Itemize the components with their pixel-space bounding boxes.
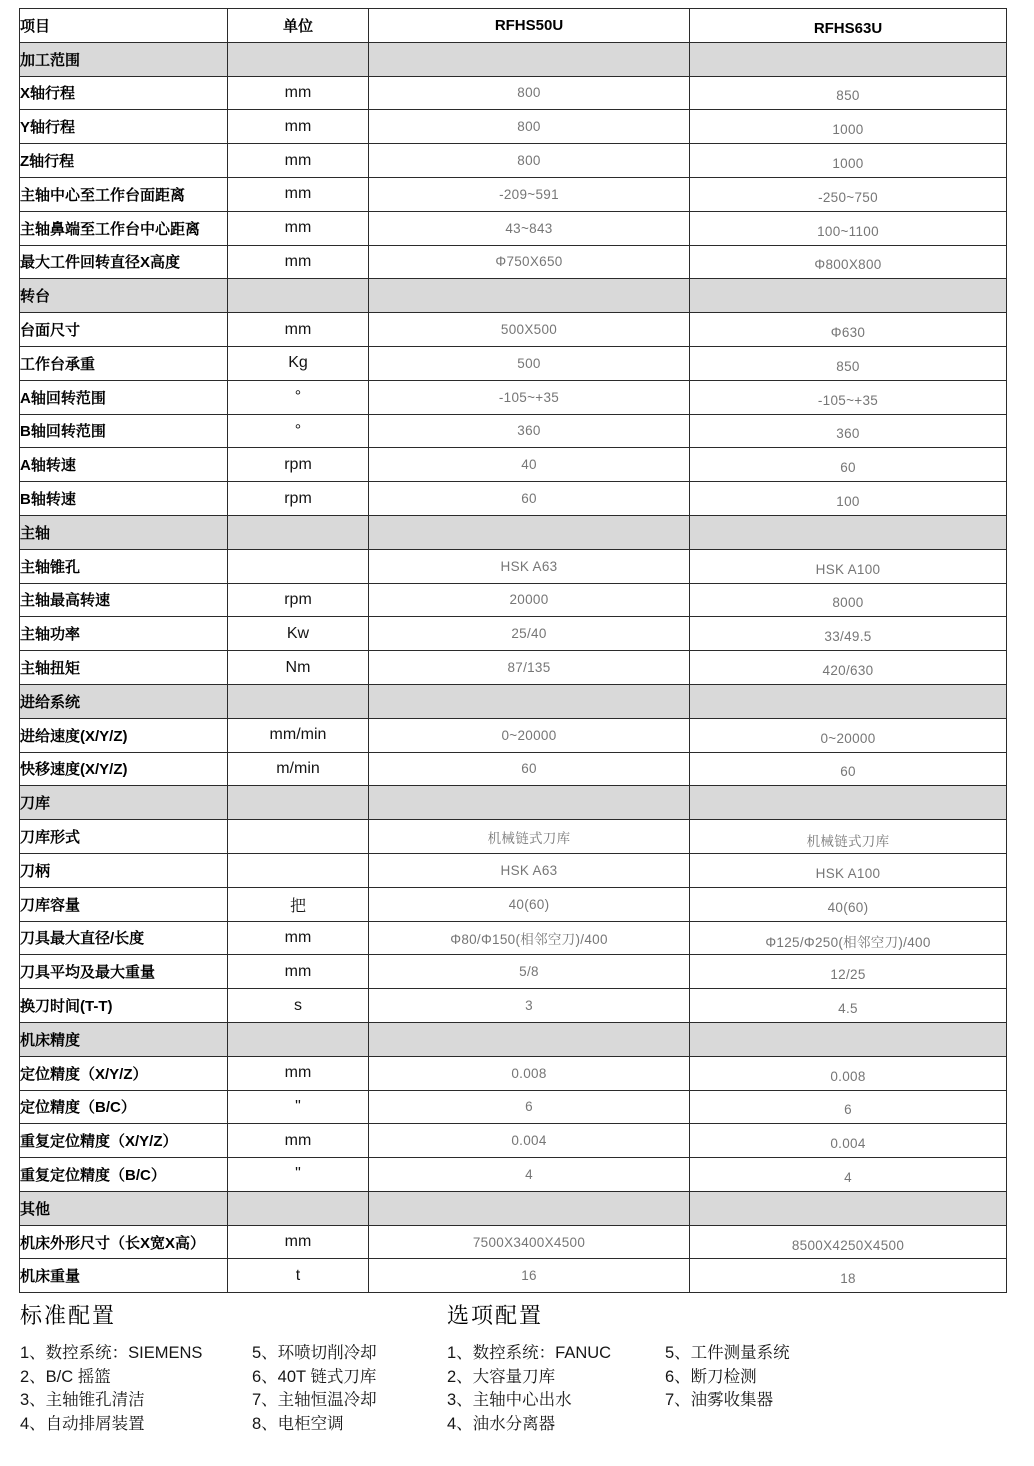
- rfhs63u-value: HSK A100: [816, 562, 881, 577]
- spec-item-cell: 主轴最高转速: [20, 583, 228, 617]
- rfhs50u-value-cell: 360: [369, 414, 690, 448]
- section-empty-rfhs63u-cell: [690, 42, 1007, 76]
- section-row: 加工范围: [20, 42, 1007, 76]
- spec-row: 定位精度（B/C）"66: [20, 1090, 1007, 1124]
- standard-config-section: 标准配置 1、数控系统：SIEMENS2、B/C 摇篮3、主轴锥孔清洁4、自动排…: [20, 1302, 377, 1436]
- standard-config-list-right: 5、环喷切削冷却6、40T 链式刀库7、主轴恒温冷却8、电柜空调: [252, 1342, 377, 1436]
- section-empty-rfhs50u-cell: [369, 1191, 690, 1225]
- rfhs63u-value-cell: 850: [690, 346, 1007, 380]
- rfhs63u-value-cell: 0.008: [690, 1056, 1007, 1090]
- config-item: 3、主轴锥孔清洁: [20, 1389, 252, 1413]
- rfhs50u-value-cell: 4: [369, 1158, 690, 1192]
- rfhs50u-value-cell: 25/40: [369, 617, 690, 651]
- rfhs63u-value: 33/49.5: [824, 629, 871, 644]
- rfhs63u-value: -105~+35: [818, 393, 878, 408]
- section-row: 进给系统: [20, 684, 1007, 718]
- rfhs63u-value: 1000: [832, 156, 863, 171]
- rfhs50u-value-cell: 机械链式刀库: [369, 820, 690, 854]
- rfhs63u-value: 0.008: [830, 1069, 865, 1084]
- spec-row: 主轴最高转速rpm200008000: [20, 583, 1007, 617]
- column-header-rfhs63u: RFHS63U: [690, 9, 1007, 43]
- config-item: 4、自动排屑装置: [20, 1413, 252, 1437]
- unit-cell: mm: [228, 313, 369, 347]
- optional-config-list-left: 1、数控系统：FANUC2、大容量刀库3、主轴中心出水4、油水分离器: [447, 1342, 665, 1436]
- rfhs63u-value-cell: 6: [690, 1090, 1007, 1124]
- rfhs50u-value-cell: 16: [369, 1259, 690, 1293]
- section-label-cell: 机床精度: [20, 1022, 228, 1056]
- rfhs63u-value-cell: 40(60): [690, 887, 1007, 921]
- spec-item-cell: 主轴鼻端至工作台中心距离: [20, 211, 228, 245]
- rfhs50u-value-cell: 5/8: [369, 955, 690, 989]
- spec-row: 主轴中心至工作台面距离mm-209~591-250~750: [20, 177, 1007, 211]
- unit-cell: °: [228, 380, 369, 414]
- config-item: 7、主轴恒温冷却: [252, 1389, 377, 1413]
- section-empty-rfhs63u-cell: [690, 684, 1007, 718]
- rfhs63u-value-cell: 18: [690, 1259, 1007, 1293]
- spec-item-cell: B轴转速: [20, 482, 228, 516]
- section-label-cell: 其他: [20, 1191, 228, 1225]
- rfhs63u-value: HSK A100: [816, 866, 881, 881]
- spec-row: Z轴行程mm8001000: [20, 144, 1007, 178]
- unit-cell: mm: [228, 144, 369, 178]
- spec-row: B轴回转范围°360360: [20, 414, 1007, 448]
- spec-row: 刀具平均及最大重量mm5/812/25: [20, 955, 1007, 989]
- unit-cell: [228, 853, 369, 887]
- section-empty-rfhs50u-cell: [369, 786, 690, 820]
- spec-item-cell: B轴回转范围: [20, 414, 228, 448]
- rfhs63u-value-cell: HSK A100: [690, 549, 1007, 583]
- spec-item-cell: 重复定位精度（X/Y/Z）: [20, 1124, 228, 1158]
- rfhs63u-value: 机械链式刀库: [807, 830, 890, 850]
- rfhs63u-value-cell: 1000: [690, 110, 1007, 144]
- unit-cell: mm: [228, 76, 369, 110]
- rfhs63u-value: Φ125/Φ250(相邻空刀)/400: [765, 931, 930, 951]
- spec-item-cell: 重复定位精度（B/C）: [20, 1158, 228, 1192]
- spec-item-cell: 刀具最大直径/长度: [20, 921, 228, 955]
- spec-table-header-row: 项目 单位 RFHS50U RFHS63U: [20, 9, 1007, 43]
- rfhs50u-value-cell: 800: [369, 144, 690, 178]
- rfhs63u-value: 360: [836, 426, 859, 441]
- rfhs50u-value-cell: 500: [369, 346, 690, 380]
- unit-cell: Kw: [228, 617, 369, 651]
- standard-config-title: 标准配置: [20, 1302, 377, 1330]
- spec-row: 重复定位精度（X/Y/Z）mm0.0040.004: [20, 1124, 1007, 1158]
- rfhs50u-value-cell: 6: [369, 1090, 690, 1124]
- rfhs63u-value-cell: 360: [690, 414, 1007, 448]
- section-label-cell: 进给系统: [20, 684, 228, 718]
- rfhs63u-value-cell: 8500X4250X4500: [690, 1225, 1007, 1259]
- unit-cell: mm/min: [228, 718, 369, 752]
- rfhs63u-value: 0.004: [830, 1136, 865, 1151]
- unit-cell: m/min: [228, 752, 369, 786]
- section-empty-unit-cell: [228, 1022, 369, 1056]
- section-label-cell: 主轴: [20, 515, 228, 549]
- rfhs50u-value-cell: 20000: [369, 583, 690, 617]
- rfhs63u-value: 4.5: [838, 1001, 858, 1016]
- rfhs50u-value-cell: HSK A63: [369, 853, 690, 887]
- spec-row: 刀具最大直径/长度mmΦ80/Φ150(相邻空刀)/400Φ125/Φ250(相…: [20, 921, 1007, 955]
- rfhs50u-value-cell: 40(60): [369, 887, 690, 921]
- spec-item-cell: A轴转速: [20, 448, 228, 482]
- section-empty-rfhs63u-cell: [690, 279, 1007, 313]
- machine-spec-table: 项目 单位 RFHS50U RFHS63U 加工范围X轴行程mm800850Y轴…: [19, 8, 1007, 1293]
- rfhs50u-value-cell: 3: [369, 989, 690, 1023]
- column-header-rfhs63u-label: RFHS63U: [814, 20, 882, 37]
- column-header-unit: 单位: [228, 9, 369, 43]
- spec-row: 换刀时间(T-T)s34.5: [20, 989, 1007, 1023]
- unit-cell: °: [228, 414, 369, 448]
- unit-cell: t: [228, 1259, 369, 1293]
- spec-item-cell: Z轴行程: [20, 144, 228, 178]
- unit-cell: rpm: [228, 482, 369, 516]
- rfhs50u-value-cell: 800: [369, 110, 690, 144]
- rfhs50u-value-cell: 60: [369, 482, 690, 516]
- rfhs63u-value: 420/630: [823, 663, 874, 678]
- rfhs50u-value-cell: Φ80/Φ150(相邻空刀)/400: [369, 921, 690, 955]
- spec-row: 刀库容量把40(60)40(60): [20, 887, 1007, 921]
- spec-item-cell: 最大工件回转直径X高度: [20, 245, 228, 279]
- spec-item-cell: 定位精度（B/C）: [20, 1090, 228, 1124]
- section-empty-unit-cell: [228, 279, 369, 313]
- rfhs63u-value: 850: [836, 88, 859, 103]
- section-empty-unit-cell: [228, 684, 369, 718]
- rfhs63u-value-cell: 4: [690, 1158, 1007, 1192]
- spec-row: 刀库形式机械链式刀库机械链式刀库: [20, 820, 1007, 854]
- unit-cell: mm: [228, 1056, 369, 1090]
- unit-cell: ": [228, 1090, 369, 1124]
- section-empty-unit-cell: [228, 786, 369, 820]
- rfhs63u-value-cell: Φ125/Φ250(相邻空刀)/400: [690, 921, 1007, 955]
- unit-cell: mm: [228, 1124, 369, 1158]
- rfhs63u-value-cell: 60: [690, 448, 1007, 482]
- spec-row: 进给速度(X/Y/Z)mm/min0~200000~20000: [20, 718, 1007, 752]
- spec-item-cell: 快移速度(X/Y/Z): [20, 752, 228, 786]
- rfhs63u-value-cell: 33/49.5: [690, 617, 1007, 651]
- rfhs63u-value: 100: [836, 494, 859, 509]
- spec-table-body: 加工范围X轴行程mm800850Y轴行程mm8001000Z轴行程mm80010…: [20, 42, 1007, 1292]
- rfhs63u-value-cell: 850: [690, 76, 1007, 110]
- spec-row: A轴转速rpm4060: [20, 448, 1007, 482]
- unit-cell: mm: [228, 955, 369, 989]
- rfhs63u-value-cell: 100: [690, 482, 1007, 516]
- rfhs63u-value: 8000: [832, 595, 863, 610]
- rfhs63u-value-cell: HSK A100: [690, 853, 1007, 887]
- rfhs50u-value-cell: 800: [369, 76, 690, 110]
- rfhs63u-value: 40(60): [828, 900, 869, 915]
- config-item: 5、工件测量系统: [665, 1342, 790, 1366]
- optional-config-title: 选项配置: [447, 1302, 790, 1330]
- rfhs63u-value: Φ630: [831, 325, 866, 340]
- spec-row: 机床重量t1618: [20, 1259, 1007, 1293]
- rfhs63u-value: 60: [840, 460, 856, 475]
- spec-item-cell: 刀柄: [20, 853, 228, 887]
- rfhs63u-value: -250~750: [818, 190, 878, 205]
- rfhs63u-value-cell: 100~1100: [690, 211, 1007, 245]
- section-row: 机床精度: [20, 1022, 1007, 1056]
- spec-row: 工作台承重Kg500850: [20, 346, 1007, 380]
- rfhs50u-value-cell: 43~843: [369, 211, 690, 245]
- optional-config-section: 选项配置 1、数控系统：FANUC2、大容量刀库3、主轴中心出水4、油水分离器 …: [447, 1302, 790, 1436]
- config-item: 6、断刀检测: [665, 1366, 790, 1390]
- rfhs50u-value-cell: 87/135: [369, 651, 690, 685]
- unit-cell: 把: [228, 887, 369, 921]
- rfhs50u-value-cell: 0.004: [369, 1124, 690, 1158]
- config-item: 2、B/C 摇篮: [20, 1366, 252, 1390]
- unit-cell: mm: [228, 245, 369, 279]
- unit-cell: [228, 820, 369, 854]
- rfhs63u-value: 6: [844, 1102, 852, 1117]
- unit-cell: Nm: [228, 651, 369, 685]
- spec-row: 主轴鼻端至工作台中心距离mm43~843100~1100: [20, 211, 1007, 245]
- config-item: 8、电柜空调: [252, 1413, 377, 1437]
- section-row: 转台: [20, 279, 1007, 313]
- rfhs50u-value-cell: 0.008: [369, 1056, 690, 1090]
- rfhs63u-value-cell: Φ630: [690, 313, 1007, 347]
- rfhs63u-value-cell: 机械链式刀库: [690, 820, 1007, 854]
- rfhs63u-value: 12/25: [830, 967, 865, 982]
- rfhs63u-value: 850: [836, 359, 859, 374]
- rfhs50u-value-cell: 7500X3400X4500: [369, 1225, 690, 1259]
- config-item: 3、主轴中心出水: [447, 1389, 665, 1413]
- unit-cell: mm: [228, 1225, 369, 1259]
- spec-row: 主轴扭矩Nm87/135420/630: [20, 651, 1007, 685]
- rfhs50u-value-cell: 0~20000: [369, 718, 690, 752]
- spec-item-cell: 定位精度（X/Y/Z）: [20, 1056, 228, 1090]
- rfhs63u-value: 100~1100: [817, 224, 879, 239]
- spec-row: Y轴行程mm8001000: [20, 110, 1007, 144]
- rfhs50u-value-cell: HSK A63: [369, 549, 690, 583]
- unit-cell: Kg: [228, 346, 369, 380]
- rfhs63u-value: Φ800X800: [814, 257, 881, 272]
- spec-item-cell: 换刀时间(T-T): [20, 989, 228, 1023]
- unit-cell: mm: [228, 921, 369, 955]
- config-item: 7、油雾收集器: [665, 1389, 790, 1413]
- config-item: 2、大容量刀库: [447, 1366, 665, 1390]
- unit-cell: mm: [228, 211, 369, 245]
- rfhs50u-value-cell: 60: [369, 752, 690, 786]
- spec-item-cell: 机床外形尺寸（长X宽X高）: [20, 1225, 228, 1259]
- rfhs63u-value-cell: 0~20000: [690, 718, 1007, 752]
- config-item: 5、环喷切削冷却: [252, 1342, 377, 1366]
- section-empty-rfhs63u-cell: [690, 1022, 1007, 1056]
- section-empty-rfhs50u-cell: [369, 515, 690, 549]
- unit-cell: s: [228, 989, 369, 1023]
- spec-row: 重复定位精度（B/C）"44: [20, 1158, 1007, 1192]
- rfhs50u-value-cell: -105~+35: [369, 380, 690, 414]
- spec-item-cell: 主轴功率: [20, 617, 228, 651]
- unit-cell: rpm: [228, 448, 369, 482]
- rfhs63u-value-cell: 8000: [690, 583, 1007, 617]
- rfhs63u-value-cell: -250~750: [690, 177, 1007, 211]
- config-item: 4、油水分离器: [447, 1413, 665, 1437]
- config-item: 1、数控系统：SIEMENS: [20, 1342, 252, 1366]
- section-empty-unit-cell: [228, 42, 369, 76]
- rfhs63u-value: 18: [840, 1271, 856, 1286]
- spec-item-cell: 主轴扭矩: [20, 651, 228, 685]
- rfhs50u-value-cell: -209~591: [369, 177, 690, 211]
- section-empty-rfhs63u-cell: [690, 1191, 1007, 1225]
- spec-row: 主轴锥孔HSK A63HSK A100: [20, 549, 1007, 583]
- spec-row: 定位精度（X/Y/Z）mm0.0080.008: [20, 1056, 1007, 1090]
- column-header-item: 项目: [20, 9, 228, 43]
- section-empty-unit-cell: [228, 1191, 369, 1225]
- section-label-cell: 转台: [20, 279, 228, 313]
- spec-row: A轴回转范围°-105~+35-105~+35: [20, 380, 1007, 414]
- section-empty-rfhs50u-cell: [369, 42, 690, 76]
- section-empty-rfhs50u-cell: [369, 1022, 690, 1056]
- spec-item-cell: 台面尺寸: [20, 313, 228, 347]
- rfhs63u-value-cell: -105~+35: [690, 380, 1007, 414]
- spec-row: 台面尺寸mm500X500Φ630: [20, 313, 1007, 347]
- rfhs63u-value: 8500X4250X4500: [792, 1238, 904, 1253]
- spec-item-cell: 工作台承重: [20, 346, 228, 380]
- spec-item-cell: 主轴中心至工作台面距离: [20, 177, 228, 211]
- rfhs63u-value-cell: 0.004: [690, 1124, 1007, 1158]
- spec-row: 快移速度(X/Y/Z)m/min6060: [20, 752, 1007, 786]
- section-row: 其他: [20, 1191, 1007, 1225]
- optional-config-list-right: 5、工件测量系统6、断刀检测7、油雾收集器: [665, 1342, 790, 1436]
- rfhs63u-value-cell: 1000: [690, 144, 1007, 178]
- rfhs63u-value-cell: 4.5: [690, 989, 1007, 1023]
- spec-row: X轴行程mm800850: [20, 76, 1007, 110]
- section-empty-rfhs50u-cell: [369, 279, 690, 313]
- config-item: 6、40T 链式刀库: [252, 1366, 377, 1390]
- unit-cell: mm: [228, 177, 369, 211]
- spec-item-cell: 进给速度(X/Y/Z): [20, 718, 228, 752]
- unit-cell: mm: [228, 110, 369, 144]
- spec-row: 主轴功率Kw25/4033/49.5: [20, 617, 1007, 651]
- config-item: 1、数控系统：FANUC: [447, 1342, 665, 1366]
- unit-cell: ": [228, 1158, 369, 1192]
- unit-cell: rpm: [228, 583, 369, 617]
- section-label-cell: 刀库: [20, 786, 228, 820]
- rfhs63u-value: 60: [840, 764, 856, 779]
- spec-item-cell: Y轴行程: [20, 110, 228, 144]
- spec-row: 最大工件回转直径X高度mmΦ750X650Φ800X800: [20, 245, 1007, 279]
- section-empty-rfhs63u-cell: [690, 786, 1007, 820]
- standard-config-list-left: 1、数控系统：SIEMENS2、B/C 摇篮3、主轴锥孔清洁4、自动排屑装置: [20, 1342, 252, 1436]
- spec-item-cell: 刀库容量: [20, 887, 228, 921]
- spec-item-cell: 机床重量: [20, 1259, 228, 1293]
- spec-row: B轴转速rpm60100: [20, 482, 1007, 516]
- section-row: 刀库: [20, 786, 1007, 820]
- section-label-cell: 加工范围: [20, 42, 228, 76]
- section-empty-rfhs50u-cell: [369, 684, 690, 718]
- section-empty-unit-cell: [228, 515, 369, 549]
- spec-item-cell: 刀具平均及最大重量: [20, 955, 228, 989]
- rfhs63u-value-cell: 420/630: [690, 651, 1007, 685]
- spec-row: 刀柄HSK A63HSK A100: [20, 853, 1007, 887]
- spec-item-cell: 主轴锥孔: [20, 549, 228, 583]
- rfhs63u-value-cell: Φ800X800: [690, 245, 1007, 279]
- spec-item-cell: 刀库形式: [20, 820, 228, 854]
- spec-item-cell: A轴回转范围: [20, 380, 228, 414]
- rfhs63u-value: 4: [844, 1170, 852, 1185]
- rfhs63u-value: 1000: [832, 122, 863, 137]
- rfhs50u-value-cell: 40: [369, 448, 690, 482]
- section-row: 主轴: [20, 515, 1007, 549]
- rfhs63u-value-cell: 12/25: [690, 955, 1007, 989]
- column-header-rfhs50u: RFHS50U: [369, 9, 690, 43]
- rfhs63u-value: 0~20000: [820, 731, 875, 746]
- spec-row: 机床外形尺寸（长X宽X高）mm7500X3400X45008500X4250X4…: [20, 1225, 1007, 1259]
- rfhs50u-value-cell: 500X500: [369, 313, 690, 347]
- unit-cell: [228, 549, 369, 583]
- rfhs63u-value-cell: 60: [690, 752, 1007, 786]
- rfhs50u-value-cell: Φ750X650: [369, 245, 690, 279]
- section-empty-rfhs63u-cell: [690, 515, 1007, 549]
- spec-item-cell: X轴行程: [20, 76, 228, 110]
